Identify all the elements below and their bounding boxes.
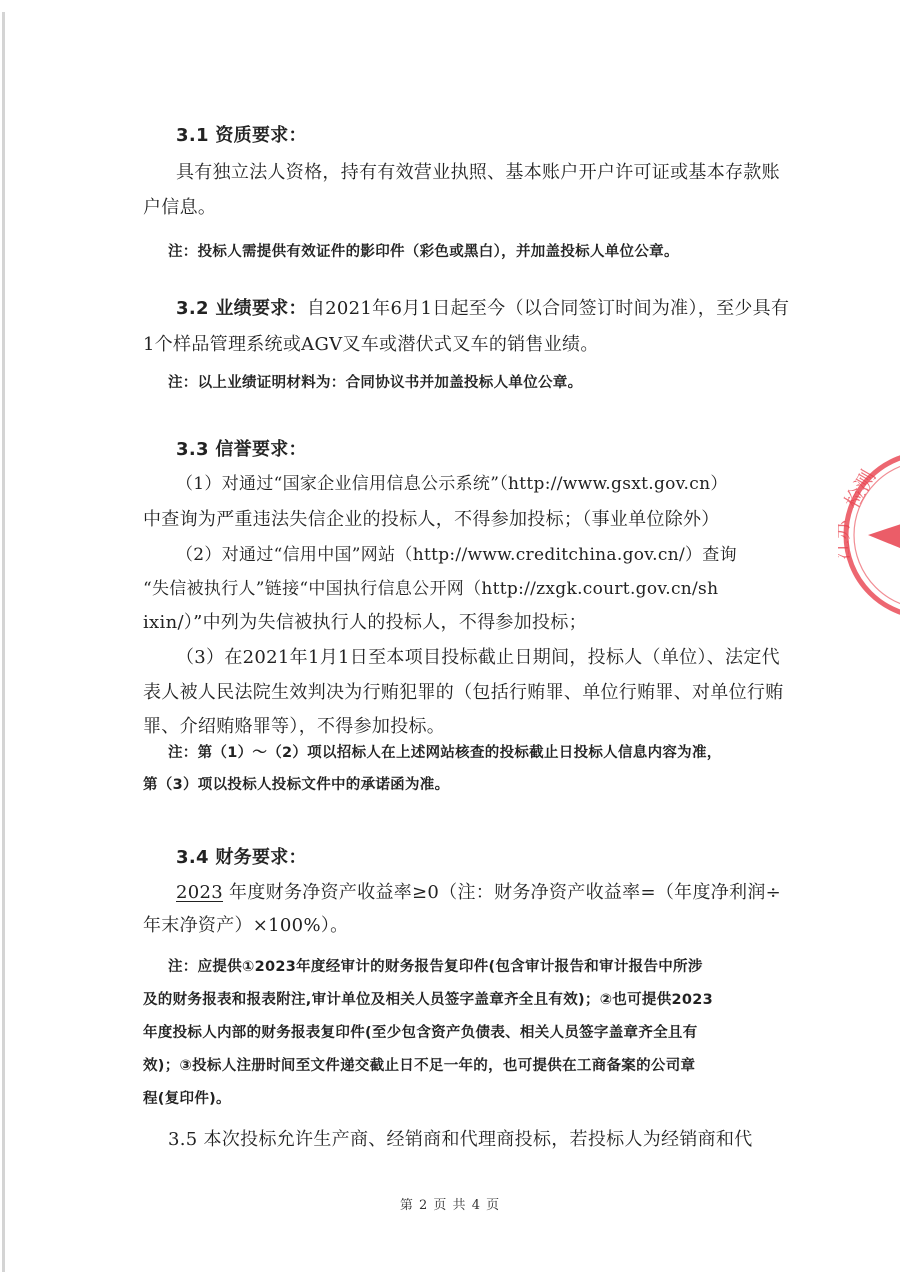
section-3-5-line: 3.5 本次投标允许生产商、经销商和代理商投标，若投标人为经销商和代: [168, 1128, 753, 1152]
section-3-3-body-line: “失信被执行人”链接“中国执行信息公开网（http://zxgk.court.g…: [143, 577, 718, 601]
section-3-3-body-line: 表人被人民法院生效判决为行贿犯罪的（包括行贿罪、单位行贿罪、对单位行贿: [143, 681, 784, 705]
section-3-1-body-line: 具有独立法人资格，持有有效营业执照、基本账户开户许可证或基本存款账: [176, 161, 780, 185]
svg-text:江苏: 江苏: [838, 519, 853, 560]
section-3-2-line: 3.2 业绩要求：自2021年6月1日起至今（以合同签订时间为准），至少具有: [176, 297, 789, 321]
section-3-3-body-line: ixin/）”中列为失信被执行人的投标人，不得参加投标；: [143, 611, 587, 635]
section-3-3-note-line: 注：第（1）～（2）项以招标人在上述网站核查的投标截止日投标人信息内容为准，: [168, 741, 722, 765]
section-3-4-line: 2023 年度财务净资产收益率≥0（注：财务净资产收益率=（年度净利润÷: [176, 881, 781, 905]
section-3-4-note-line: 程(复印件)。: [143, 1087, 231, 1111]
page-number: 第 2 页 共 4 页: [0, 1194, 900, 1213]
section-3-1-body-line: 户信息。: [143, 196, 216, 220]
section-3-2-body-line: 1个样品管理系统或AGV叉车或潜伏式叉车的销售业绩。: [143, 333, 599, 357]
section-3-2-note: 注：以上业绩证明材料为：合同协议书并加盖投标人单位公章。: [168, 371, 582, 395]
section-3-3-body-line: （2）对通过“信用中国”网站（http://www.creditchina.go…: [176, 543, 737, 567]
fiscal-year-field: 2023: [176, 882, 223, 903]
section-3-3-body-line: 罪、介绍贿赂罪等），不得参加投标。: [143, 715, 445, 739]
official-seal-icon: 检测 江苏: [838, 440, 900, 640]
section-3-3-body-line: 中查询为严重违法失信企业的投标人，不得参加投标；（事业单位除外）: [143, 508, 720, 532]
section-3-2-heading: 3.2 业绩要求：: [176, 298, 307, 319]
section-3-2-body-line: 自2021年6月1日起至今（以合同签订时间为准），至少具有: [307, 298, 789, 319]
section-3-4-note-line: 注：应提供①2023年度经审计的财务报告复印件(包含审计报告和审计报告中所涉: [168, 955, 703, 979]
section-3-3-heading: 3.3 信誉要求：: [176, 438, 307, 462]
section-3-4-note-line: 年度投标人内部的财务报表复印件(至少包含资产负债表、相关人员签字盖章齐全且有: [143, 1021, 698, 1045]
section-3-4-body-line: 年度财务净资产收益率≥0（注：财务净资产收益率=（年度净利润÷: [229, 882, 781, 903]
section-3-3-note-line: 第（3）项以投标人投标文件中的承诺函为准。: [143, 773, 449, 797]
section-3-3-body-line: （1）对通过“国家企业信用信息公示系统”（http://www.gsxt.gov…: [176, 472, 728, 496]
section-3-1-heading: 3.1 资质要求：: [176, 124, 307, 148]
section-3-4-body-line: 年末净资产）×100%）。: [143, 914, 348, 938]
section-3-4-note-line: 及的财务报表和报表附注,审计单位及相关人员签字盖章齐全且有效)；②也可提供202…: [143, 988, 713, 1012]
section-3-3-body-line: （3）在2021年1月1日至本项目投标截止日期间，投标人（单位）、法定代: [176, 646, 780, 670]
section-3-4-heading: 3.4 财务要求：: [176, 846, 307, 870]
section-3-4-note-line: 效)；③投标人注册时间至文件递交截止日不足一年的，也可提供在工商备案的公司章: [143, 1054, 695, 1078]
section-3-1-note: 注：投标人需提供有效证件的影印件（彩色或黑白），并加盖投标人单位公章。: [168, 240, 679, 264]
document-page: 3.1 资质要求： 具有独立法人资格，持有有效营业执照、基本账户开户许可证或基本…: [0, 0, 900, 1272]
